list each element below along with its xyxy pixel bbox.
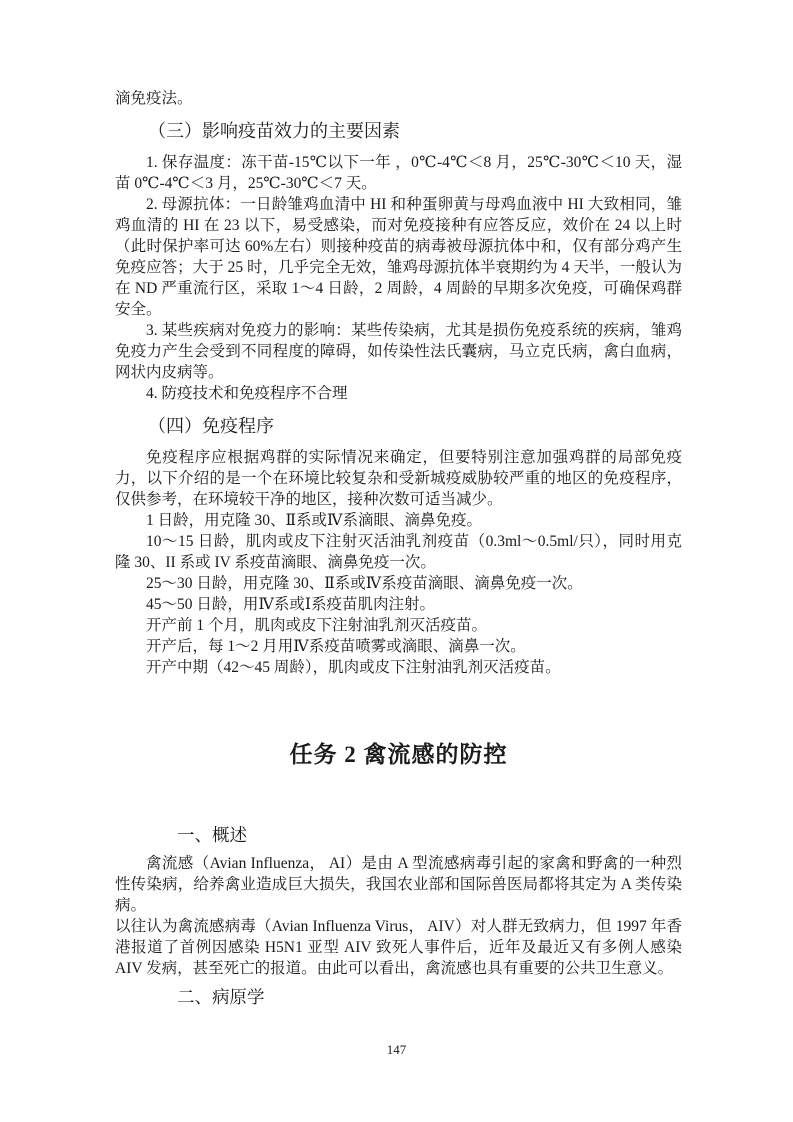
paragraph-improper-procedures: 4. 防疫技术和免疫程序不合理 [115, 383, 682, 404]
paragraph-pre-laying: 开产前 1 个月，肌肉或皮下注射油乳剂灭活疫苗。 [115, 615, 682, 636]
paragraph-disease-effects: 3. 某些疾病对免疫力的影响：某些传染病，尤其是损伤免疫系统的疾病，雏鸡免疫力产… [115, 320, 682, 383]
paragraph-program-intro: 免疫程序应根据鸡群的实际情况来确定，但要特别注意加强鸡群的局部免疫力，以下介绍的… [115, 447, 682, 510]
paragraph-post-laying: 开产后，每 1～2 月用Ⅳ系疫苗喷雾或滴眼、滴鼻一次。 [115, 636, 682, 657]
heading-overview: 一、概述 [115, 823, 682, 847]
paragraph-day-25-30: 25～30 日龄，用克隆 30、Ⅱ系或Ⅳ系疫苗滴眼、滴鼻免疫一次。 [115, 573, 682, 594]
paragraph-ai-human-cases: 以往认为禽流感病毒（Avian Influenza Virus， AIV）对人群… [115, 916, 682, 979]
paragraph-maternal-antibody: 2. 母源抗体：一日龄雏鸡血清中 HI 和种蛋卵黄与母鸡血液中 HI 大致相同，… [115, 194, 682, 320]
paragraph-ai-definition: 禽流感（Avian Influenza， AI）是由 A 型流感病毒引起的家禽和… [115, 853, 682, 916]
paragraph-day-45-50: 45～50 日龄，用Ⅳ系或Ⅰ系疫苗肌肉注射。 [115, 594, 682, 615]
page-number: 147 [0, 1042, 793, 1058]
paragraph-mid-laying: 开产中期（42～45 周龄），肌肉或皮下注射油乳剂灭活疫苗。 [115, 657, 682, 678]
paragraph-storage-temperature: 1. 保存温度：冻干苗-15℃以下一年 ，0℃-4℃＜8 月，25℃-30℃＜1… [115, 152, 682, 194]
heading-section-4-immunization-program: （四）免疫程序 [115, 413, 682, 439]
chapter-title-task-2-avian-influenza: 任务 2 禽流感的防控 [115, 740, 682, 770]
paragraph-continuation: 滴免疫法。 [115, 88, 682, 109]
paragraph-day-10-15: 10～15 日龄，肌肉或皮下注射灭活油乳剂疫苗（0.3ml～0.5ml/只），同… [115, 531, 682, 573]
heading-etiology: 二、病原学 [115, 985, 682, 1009]
paragraph-day-1: 1 日龄，用克隆 30、Ⅱ系或Ⅳ系滴眼、滴鼻免疫。 [115, 510, 682, 531]
heading-section-3-vaccine-efficacy-factors: （三）影响疫苗效力的主要因素 [115, 118, 682, 144]
document-page: 滴免疫法。 （三）影响疫苗效力的主要因素 1. 保存温度：冻干苗-15℃以下一年… [0, 0, 793, 1122]
